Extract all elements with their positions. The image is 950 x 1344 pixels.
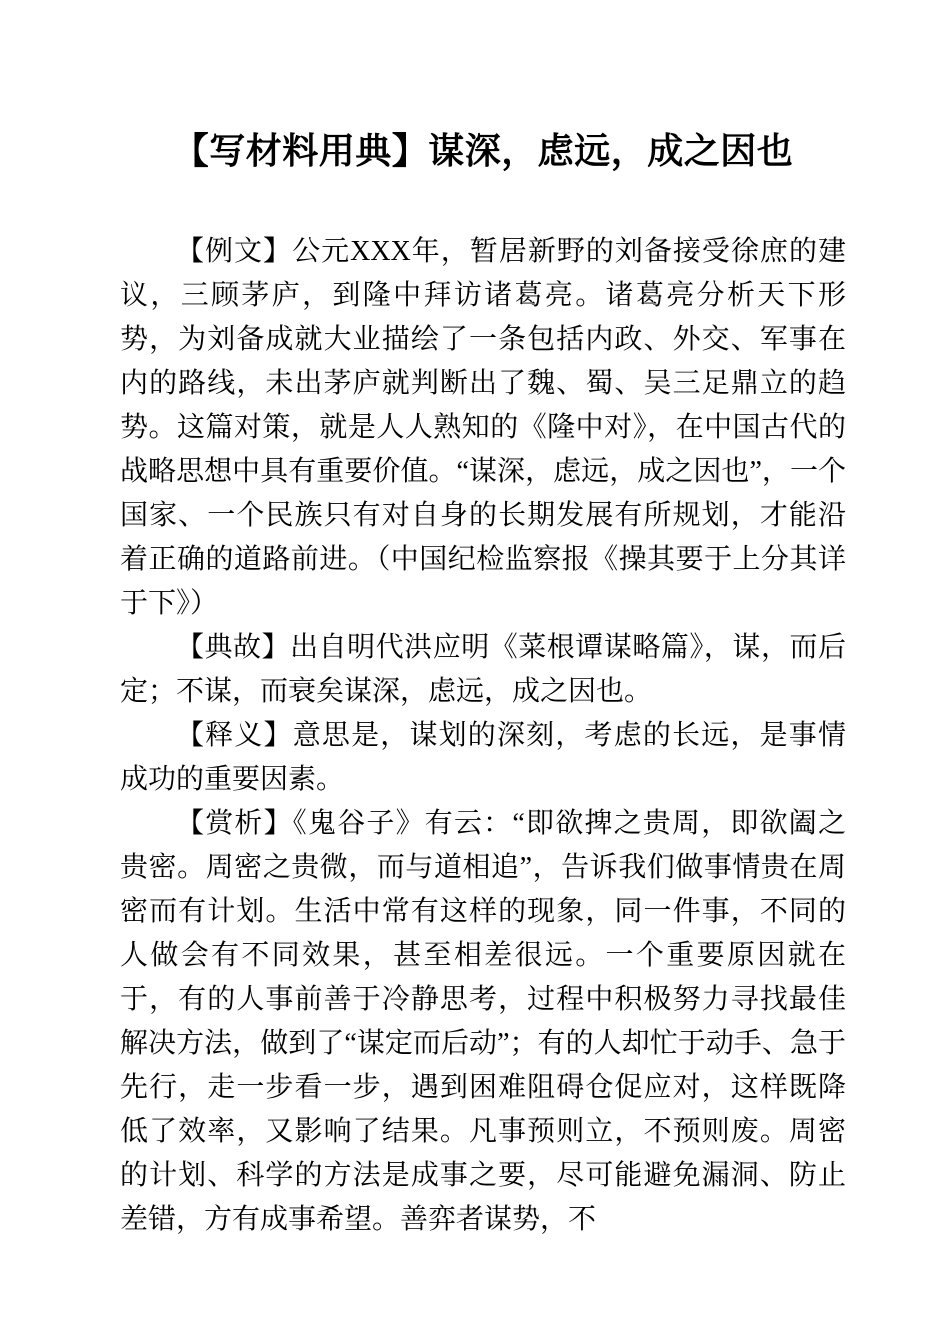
paragraph-diangu: 【典故】出自明代洪应明《菜根谭谋略篇》，谋，而后定；不谋，而衰矣谋深，虑远，成之… (120, 626, 846, 714)
paragraph-liwen: 【例文】公元XXX年，暂居新野的刘备接受徐庶的建议，三顾茅庐，到隆中拜访诸葛亮。… (120, 230, 846, 626)
page-title: 【写材料用典】谋深，虑远，成之因也 (120, 126, 846, 176)
paragraph-shangxi: 【赏析】《鬼谷子》有云：“即欲捭之贵周，即欲阖之贵密。周密之贵微，而与道相追”，… (120, 802, 846, 1242)
paragraph-shiyi: 【释义】意思是，谋划的深刻，考虑的长远，是事情成功的重要因素。 (120, 714, 846, 802)
document-page: 【写材料用典】谋深，虑远，成之因也 【例文】公元XXX年，暂居新野的刘备接受徐庶… (0, 0, 950, 1344)
document-body: 【例文】公元XXX年，暂居新野的刘备接受徐庶的建议，三顾茅庐，到隆中拜访诸葛亮。… (120, 230, 846, 1242)
